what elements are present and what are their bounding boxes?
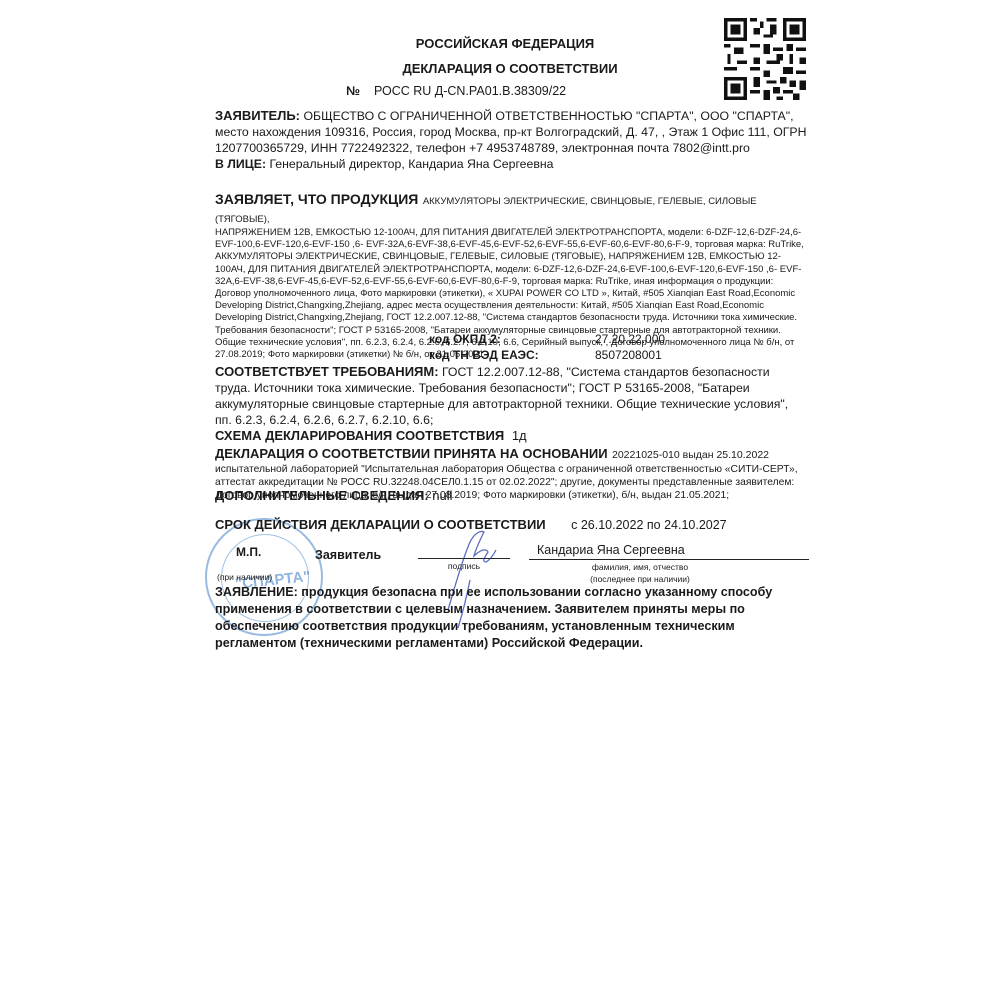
name-line <box>529 559 809 560</box>
declaration-number: №РОСС RU Д-CN.РА01.В.38309/22 <box>346 84 566 98</box>
additional-label: ДОПОЛНИТЕЛЬНЫЕ СВЕДЕНИЯ: <box>215 488 429 503</box>
validity-value: с 26.10.2022 по 24.10.2027 <box>571 518 727 532</box>
mp-label: М.П. <box>236 545 261 559</box>
requirements-section: СООТВЕТСТВУЕТ ТРЕБОВАНИЯМ: ГОСТ 12.2.007… <box>215 364 807 428</box>
additional-value: null <box>432 488 452 503</box>
number-value: РОСС RU Д-CN.РА01.В.38309/22 <box>374 84 566 98</box>
document-title: ДЕКЛАРАЦИЯ О СООТВЕТСТВИИ <box>0 61 1000 76</box>
basis-lead: 20221025-010 выдан 25.10.2022 <box>612 449 769 461</box>
name-caption-2: (последнее при наличии) <box>560 574 720 584</box>
scheme-label: СХЕМА ДЕКЛАРИРОВАНИЯ СООТВЕТСТВИЯ <box>215 428 504 443</box>
applicant-label: ЗАЯВИТЕЛЬ: <box>215 108 300 123</box>
additional-section: ДОПОЛНИТЕЛЬНЫЕ СВЕДЕНИЯ: null <box>215 488 807 503</box>
name-caption-1: фамилия, имя, отчество <box>560 562 720 572</box>
tnved-value: 8507208001 <box>595 348 662 362</box>
mp-note: (при наличии) <box>217 572 272 582</box>
qr-code-icon <box>724 18 806 100</box>
basis-label: ДЕКЛАРАЦИЯ О СООТВЕТСТВИИ ПРИНЯТА НА ОСН… <box>215 446 608 461</box>
declaration-page: РОССИЙСКАЯ ФЕДЕРАЦИЯ ДЕКЛАРАЦИЯ О СООТВЕ… <box>0 0 1000 1000</box>
applicant-text: ОБЩЕСТВО С ОГРАНИЧЕННОЙ ОТВЕТСТВЕННОСТЬЮ… <box>215 109 807 155</box>
signer-name: Кандариа Яна Сергеевна <box>537 543 685 557</box>
okpd-label: код ОКПД 2: <box>429 332 539 346</box>
applicant-section: ЗАЯВИТЕЛЬ: ОБЩЕСТВО С ОГРАНИЧЕННОЙ ОТВЕТ… <box>215 108 807 172</box>
tnved-label: код ТН ВЭД ЕАЭС: <box>429 348 539 362</box>
okpd-row: код ОКПД 2:27.20.22.000 <box>429 332 665 346</box>
product-label: ЗАЯВЛЯЕТ, ЧТО ПРОДУКЦИЯ <box>215 191 418 207</box>
requirements-label: СООТВЕТСТВУЕТ ТРЕБОВАНИЯМ: <box>215 364 439 379</box>
country-heading: РОССИЙСКАЯ ФЕДЕРАЦИЯ <box>0 36 1000 51</box>
okpd-value: 27.20.22.000 <box>595 332 665 346</box>
statement-section: ЗАЯВЛЕНИЕ: продукция безопасна при ее ис… <box>215 584 807 652</box>
represented-text: Генеральный директор, Кандариа Яна Серге… <box>269 157 553 171</box>
scheme-section: СХЕМА ДЕКЛАРИРОВАНИЯ СООТВЕТСТВИЯ 1д <box>215 428 807 443</box>
scheme-value: 1д <box>512 428 527 443</box>
number-label: № <box>346 84 360 98</box>
tnved-row: код ТН ВЭД ЕАЭС:8507208001 <box>429 348 662 362</box>
applicant-sign-label: Заявитель <box>315 548 381 562</box>
represented-label: В ЛИЦЕ: <box>215 157 266 171</box>
